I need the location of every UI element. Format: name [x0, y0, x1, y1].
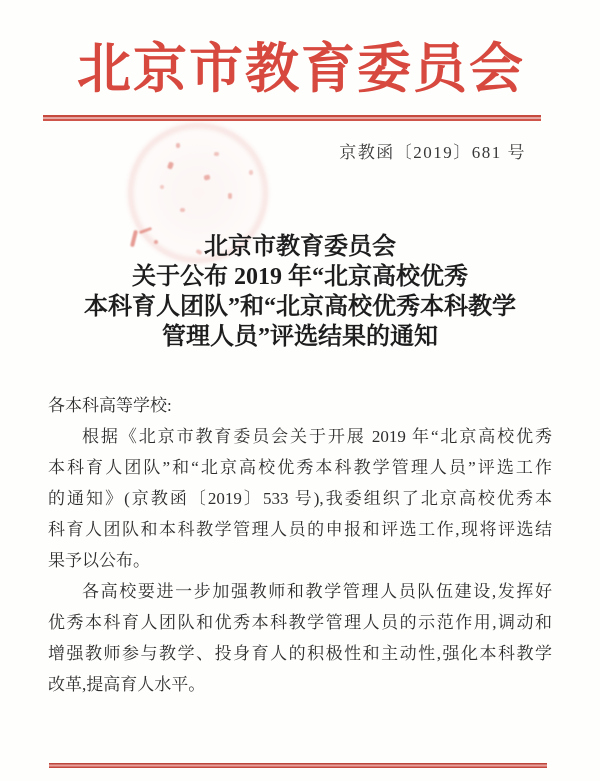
paragraph-1-line: 的通知》(京教函〔2019〕533 号),我委组织了北京高校优秀本	[48, 483, 552, 514]
header-red-rule	[43, 115, 541, 121]
title-line: 关于公布 2019 年“北京高校优秀	[0, 262, 600, 292]
document-body: 各本科高等学校: 根据《北京市教育委员会关于开展 2019 年“北京高校优秀 本…	[48, 390, 552, 700]
document-number: 京教函〔2019〕681 号	[339, 138, 526, 163]
paragraph-2-line: 优秀本科育人团队和优秀本科教学管理人员的示范作用,调动和	[48, 607, 552, 638]
seal-speck-icon	[180, 208, 185, 212]
seal-speck-icon	[249, 170, 253, 175]
paragraph-2-line: 改革,提高育人水平。	[48, 669, 552, 700]
document-title: 北京市教育委员会 关于公布 2019 年“北京高校优秀 本科育人团队”和“北京高…	[0, 232, 600, 352]
agency-red-header: 北京市教育委员会	[0, 38, 600, 100]
scanned-document-page: 北京市教育委员会 京教函〔2019〕681 号 北京市教育委员会 关于公布 20…	[0, 0, 600, 781]
title-line: 管理人员”评选结果的通知	[0, 322, 600, 352]
paragraph-2-line: 各高校要进一步加强教师和教学管理人员队伍建设,发挥好	[48, 576, 552, 607]
paragraph-1-line: 根据《北京市教育委员会关于开展 2019 年“北京高校优秀	[48, 421, 552, 452]
paragraph-1-line: 果予以公布。	[48, 545, 552, 576]
seal-speck-icon	[214, 152, 219, 156]
footer-red-rule	[49, 763, 547, 768]
seal-speck-icon	[160, 185, 164, 189]
paragraph-1-line: 本科育人团队”和“北京高校优秀本科教学管理人员”评选工作	[48, 452, 552, 483]
paragraph-1-line: 科育人团队和本科教学管理人员的申报和评选工作,现将评选结	[48, 514, 552, 545]
seal-speck-icon	[176, 143, 180, 148]
title-line: 北京市教育委员会	[0, 232, 600, 262]
paragraph-2-line: 增强教师参与教学、投身育人的积极性和主动性,强化本科教学	[48, 638, 552, 669]
seal-speck-icon	[228, 193, 232, 199]
title-line: 本科育人团队”和“北京高校优秀本科教学	[0, 292, 600, 322]
salutation: 各本科高等学校:	[48, 390, 552, 421]
